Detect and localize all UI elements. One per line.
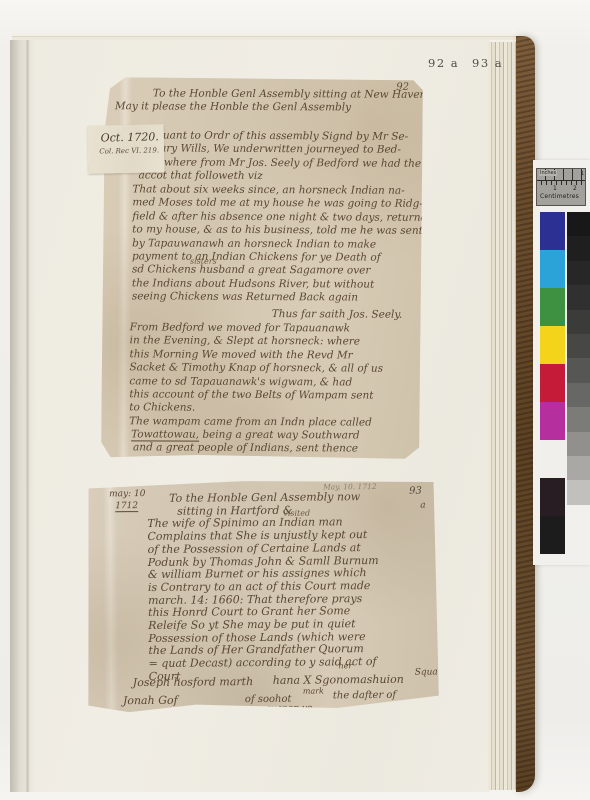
color-patch-column [540,212,565,554]
page-number-92a: 92 a [428,56,459,70]
manuscript-line: this account of the two Belts of Wampam … [129,388,383,403]
signature-jonah: Jonah Gof [123,694,178,707]
manuscript-line: came to sd Tapauanawk's wigwam, & had [129,375,383,390]
color-patch [540,478,565,516]
gray-step [567,334,590,358]
manuscript-line: May it please the Honble the Genl Assemb… [115,101,427,116]
manuscript1-heading: To the Honble Genl Assembly sitting at N… [115,87,427,115]
gray-step [567,310,590,334]
gray-step [567,358,590,382]
photographed-album-page: 92 a 93 a Oct. 1720. Col. Rec VI. 219. 9… [0,0,590,800]
manuscript1-body1: Pursuant to Ordr of this assembly Signd … [138,129,421,184]
manuscript-line: sd Chickens husband a great Sagamore ove… [132,264,427,279]
color-patch [540,516,565,554]
manuscript2-margin-year: 1712 [115,501,138,512]
gray-step [567,212,590,236]
manuscript-line: to Chickens. [129,402,383,417]
gray-step [567,456,590,480]
inches-label: Inches [539,170,557,176]
her-mark-label-top: her [339,661,353,670]
gray-step [567,407,590,431]
gray-step [567,261,590,285]
manuscript1-towattowau-line: Towattowau, being a great way Southward [131,428,360,441]
manuscript-line: in the Evening, & Slept at horsneck: whe… [130,335,384,350]
inches-scale: Inches 1 [537,169,585,181]
archive-label-date: Oct. 1720. [88,130,159,144]
signature-note-right: the dafter of [333,690,396,702]
manuscript-line: to my house, & as to his business, told … [132,224,427,239]
archive-label-slip: Oct. 1720. Col. Rec VI. 219. [88,124,165,174]
color-calibration-card: Inches 1 1 2 Centimetres [533,160,590,565]
cm-number-1: 1 [553,185,557,192]
manuscript-line: Sacket & Timothy Knap of horsneck, & all… [129,362,383,377]
manuscript1-last-line: and a great people of Indians, sent then… [133,441,358,454]
book-fore-edge-pages [488,42,518,790]
gray-step [567,480,590,504]
manuscript2-folio-suffix: a [420,501,425,511]
manuscript-2: may: 10 1712 May. 10. 1712 93 a visited … [85,478,439,712]
manuscript1-body2: That about six weeks since, an horsneck … [132,183,428,305]
color-patch [540,326,565,364]
manuscript2-body: To the Honble Genl Assembly nowsitting i… [147,491,380,684]
underlined-placename: Towattowau, [131,428,199,441]
manuscript-line: this Morning We moved with the Revd Mr [130,348,384,363]
archive-label-reference: Col. Rec VI. 219. [88,146,159,155]
centimetres-label: Centimetres [537,193,585,200]
manuscript1-body3: From Bedford we moved for Tapauanawkin t… [129,321,383,430]
manuscript1-interline-insertion: sisters [190,257,217,266]
line-continuation: being a great way Southward [199,429,360,442]
color-patch [540,250,565,288]
cm-number-2: 2 [573,185,577,192]
color-patch [540,212,565,250]
centimetre-scale: 1 2 [537,181,585,193]
manuscript2-folio-number: 93 [409,486,422,497]
color-patch [540,440,565,478]
manuscript-line: med Moses told me at my house he was goi… [132,197,427,212]
gray-step [567,285,590,309]
signature-joseph: Joseph hosford marth [133,675,254,689]
manuscript-line: seeing Chickens was Returned Back again [132,291,427,306]
color-patch [540,288,565,326]
inch-number-1: 1 [581,171,584,177]
manuscript-line: accot that followeth viz [138,170,421,185]
squaw-label: Squa [415,667,438,677]
gray-step [567,383,590,407]
gray-step [567,432,590,456]
her-mark-label-bottom: mark [303,686,324,695]
manuscript1-attestation: Thus far saith Jos. Seely. [272,308,403,321]
grayscale-step-column [567,212,590,505]
manuscript-line: From Bedford we moved for Tapauanawk [130,321,384,336]
page-number-93a: 93 a [472,56,503,70]
color-patch [540,402,565,440]
manuscript-line: cretary Wills, We underwritten journeyed… [139,143,422,158]
color-patch [540,364,565,402]
signature-squaw-mark: hana X Sgonomashuion [273,673,404,687]
manuscript2-margin-date: may: 10 [109,489,145,499]
gray-step [567,236,590,260]
ruler-card: Inches 1 1 2 Centimetres [536,168,586,206]
